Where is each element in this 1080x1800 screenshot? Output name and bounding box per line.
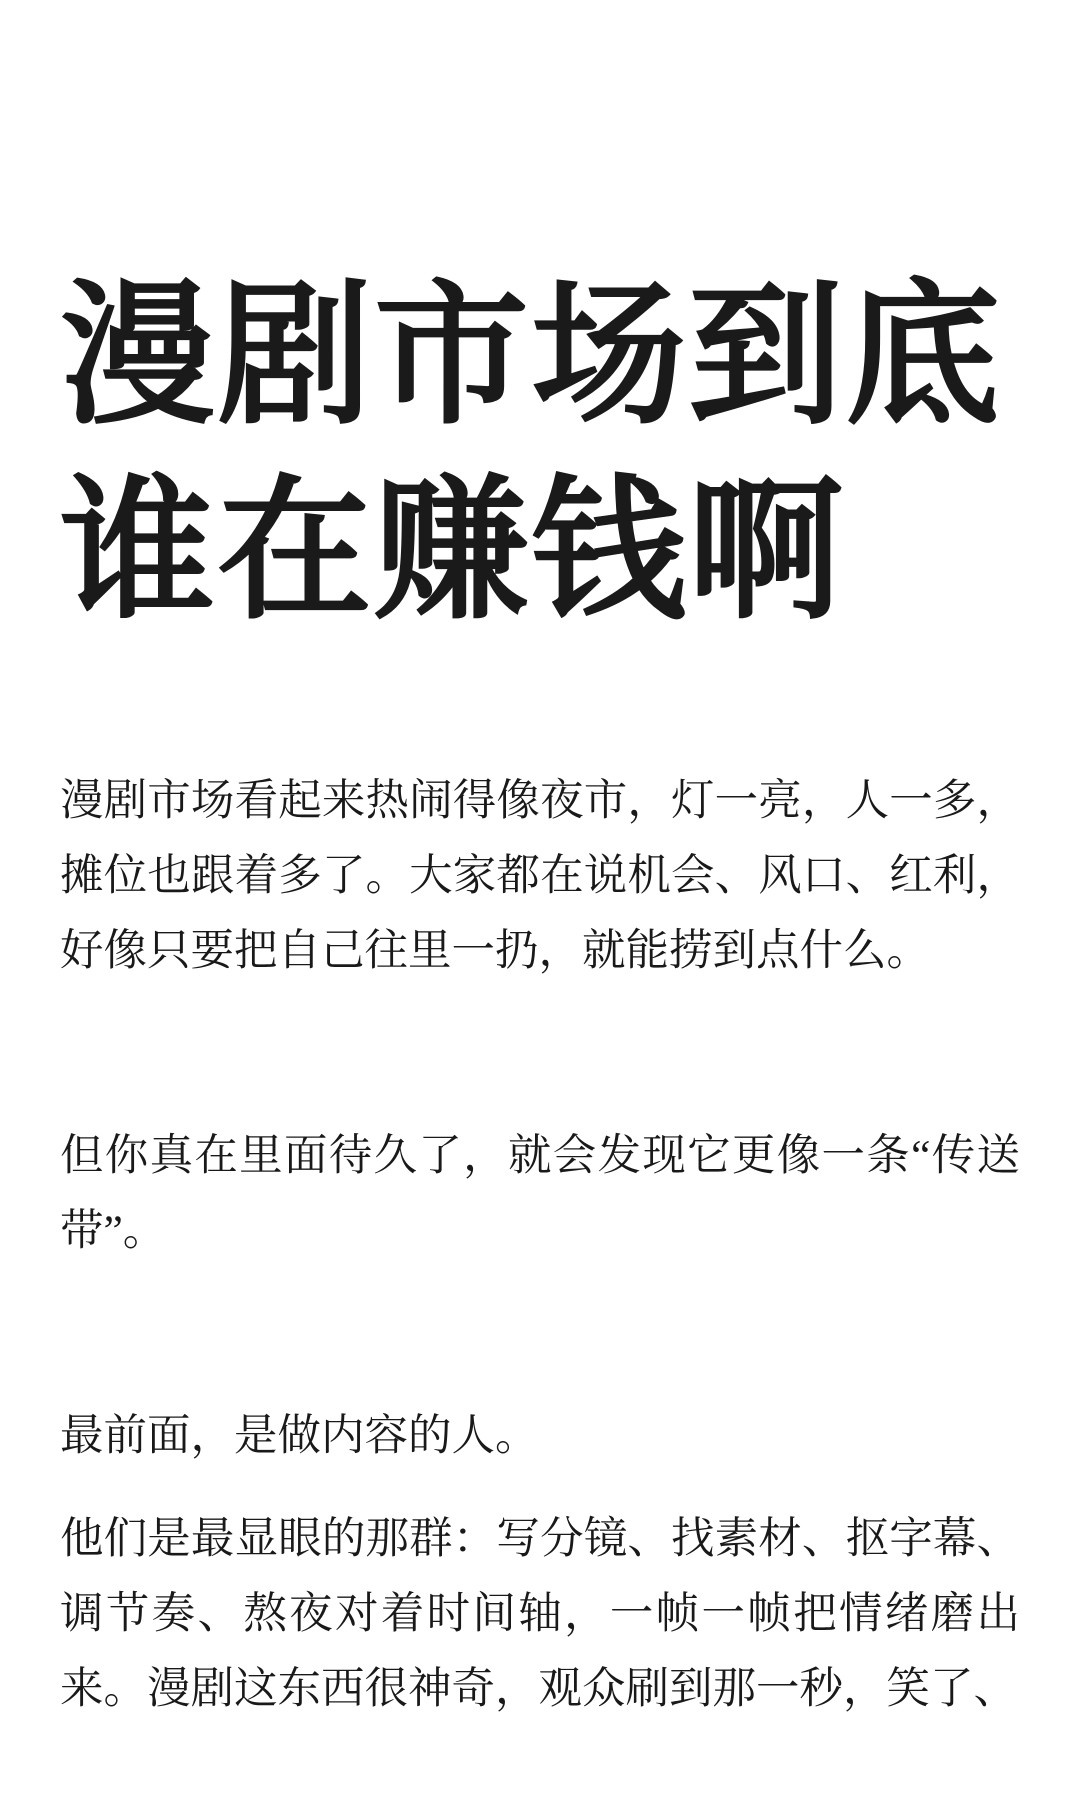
- article-title: 漫剧市场到底谁在赚钱啊: [60, 260, 1020, 650]
- article-page: 漫剧市场到底谁在赚钱啊 漫剧市场看起来热闹得像夜市，灯一亮，人一多，摊位也跟着多…: [0, 260, 1080, 1727]
- article-paragraph-3: 最前面，是做内容的人。: [60, 1399, 1020, 1474]
- article-paragraph-4: 他们是最显眼的那群：写分镜、找素材、抠字幕、调节奏、熬夜对着时间轴，一帧一帧把情…: [60, 1502, 1020, 1727]
- article-paragraph-2: 但你真在里面待久了，就会发现它更像一条“传送带”。: [60, 1119, 1020, 1269]
- article-paragraph-1: 漫剧市场看起来热闹得像夜市，灯一亮，人一多，摊位也跟着多了。大家都在说机会、风口…: [60, 764, 1020, 989]
